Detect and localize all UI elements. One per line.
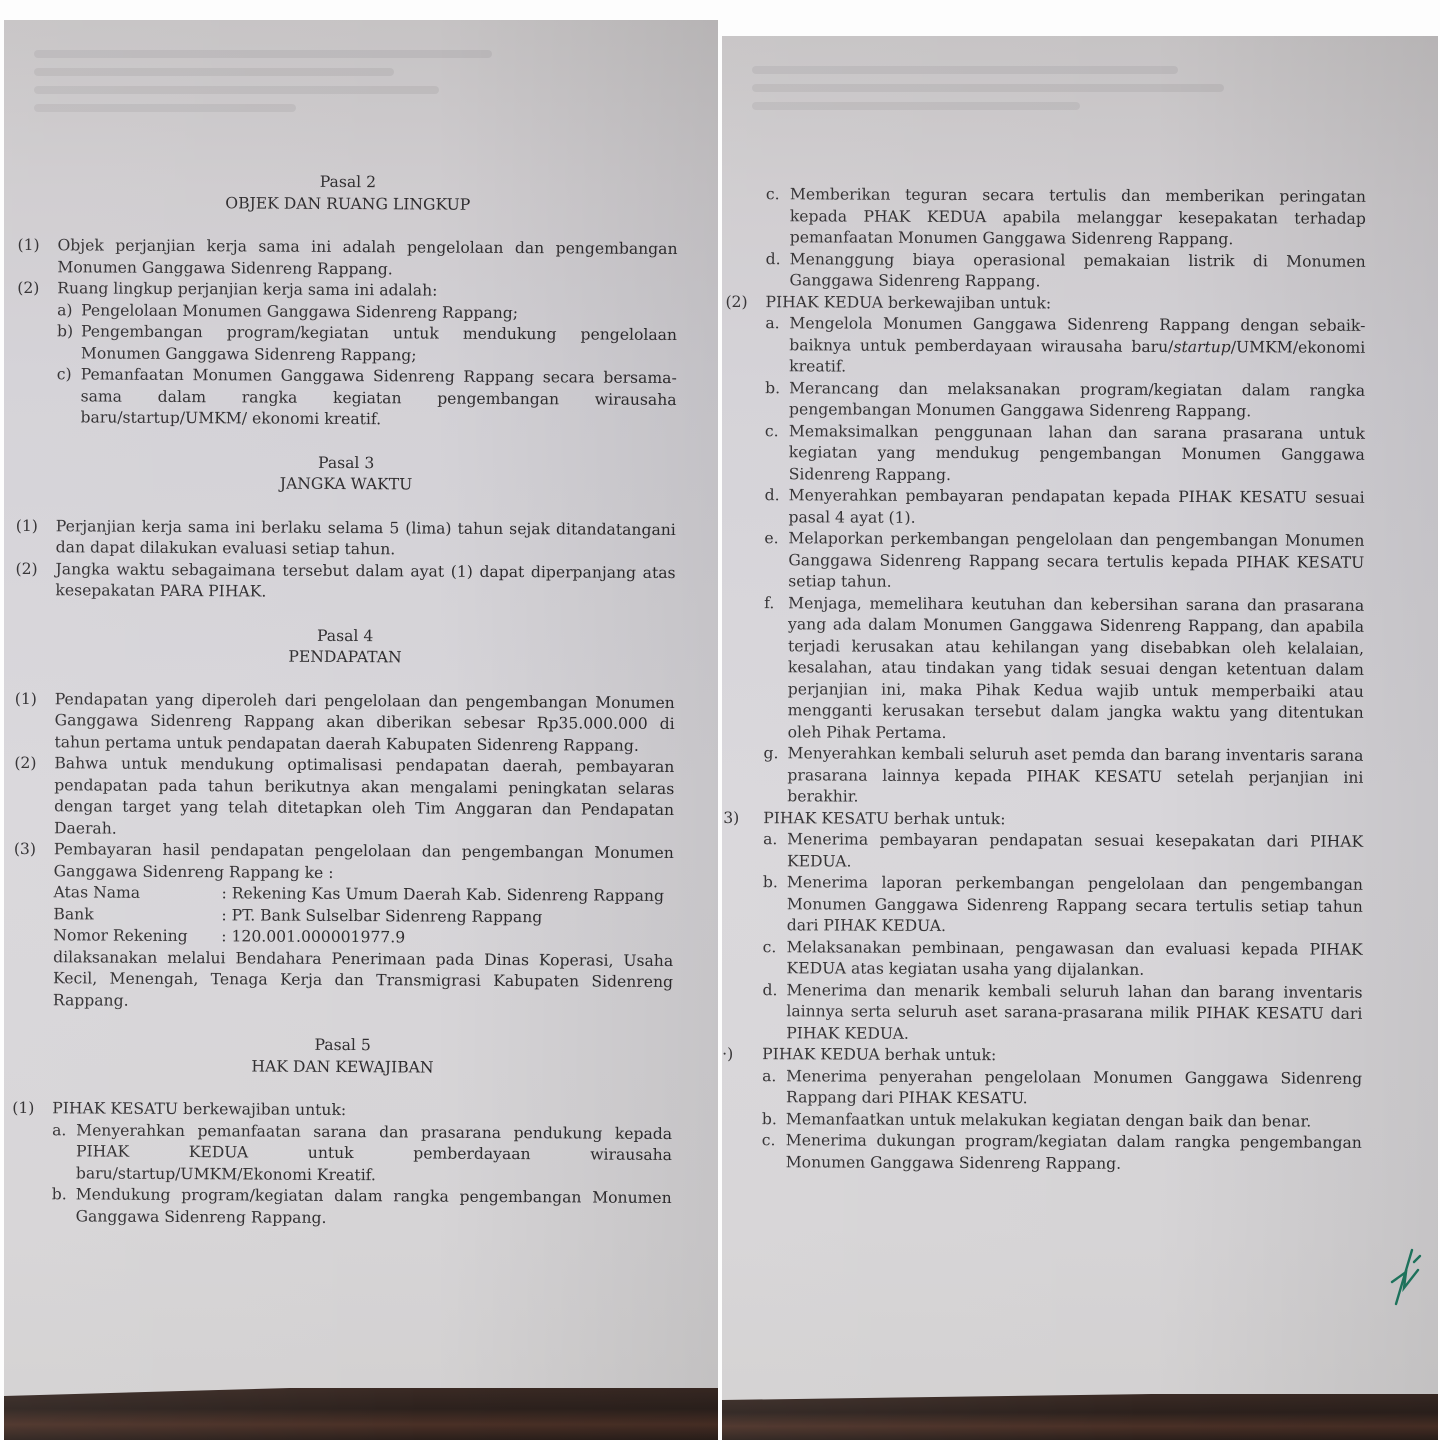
payment-closing-text: dilaksanakan melalui Bendahara Penerimaa…	[53, 947, 673, 1015]
photo-page-right: c.Memberikan teguran secara tertulis dan…	[722, 36, 1438, 1440]
pasal-2-ayat-1: (1)Objek perjanjian kerja sama ini adala…	[17, 235, 677, 282]
list-item: b.Menerima laporan perkembangan pengelol…	[763, 872, 1363, 939]
pasal-4-ayat-1: (1)Pendapatan yang diperoleh dari pengel…	[14, 688, 674, 757]
list-item: d.Menanggung biaya operasional pemakaian…	[766, 249, 1366, 295]
bleed-through-text	[34, 40, 688, 150]
pasal-5-title: HAK DAN KEWAJIBAN	[12, 1054, 672, 1080]
signature-initial-icon	[1388, 1242, 1424, 1312]
list-item: c.Melaksanakan pembinaan, pengawasan dan…	[763, 937, 1363, 983]
list-item: d.Menerima dan menarik kembali seluruh l…	[762, 980, 1362, 1047]
table-surface	[4, 1388, 718, 1440]
list-item: b)Pengembangan program/kegiatan untuk me…	[57, 321, 677, 368]
list-item: g.Menyerahkan kembali seluruh aset pemda…	[763, 743, 1363, 810]
pasal-5-ayat-3: 3)PIHAK KESATU berhak untuk:	[723, 807, 1363, 831]
pasal-3-title: JANGKA WAKTU	[16, 472, 676, 498]
list-item: c.Memaksimalkan penggunaan lahan dan sar…	[765, 421, 1365, 488]
pasal-5-ayat-2: (2)PIHAK KEDUA berkewajiban untuk:	[725, 291, 1365, 315]
list-item: a.Mengelola Monumen Ganggawa Sidenreng R…	[765, 313, 1365, 380]
list-item: a.Menyerahkan pemanfaatan sarana dan pra…	[52, 1120, 672, 1188]
list-item: c)Pemanfaatan Monumen Ganggawa Sidenreng…	[56, 364, 676, 432]
list-item: d.Menyerahkan pembayaran pendapatan kepa…	[764, 485, 1364, 531]
table-surface	[722, 1394, 1438, 1440]
page-left-content: Pasal 2 OBJEK DAN RUANG LINGKUP (1)Objek…	[12, 170, 678, 1231]
pasal-5-ayat-4: ·)PIHAK KEDUA berhak untuk:	[722, 1044, 1362, 1068]
list-item: b.Mendukung program/kegiatan dalam rangk…	[52, 1184, 672, 1231]
list-item: e.Melaporkan perkembangan pengelolaan da…	[764, 528, 1364, 595]
pasal-4-title: PENDAPATAN	[15, 645, 675, 671]
list-item: c.Memberikan teguran secara tertulis dan…	[766, 184, 1366, 251]
pasal-2-title: OBJEK DAN RUANG LINGKUP	[18, 191, 678, 217]
list-item: a.Menerima penyerahan pengelolaan Monume…	[762, 1066, 1362, 1112]
pasal-4-ayat-3: (3)Pembayaran hasil pendapatan pengelola…	[14, 839, 674, 886]
list-item: c.Menerima dukungan program/kegiatan dal…	[762, 1130, 1362, 1176]
pasal-3-ayat-1: (1)Perjanjian kerja sama ini berlaku sel…	[16, 515, 676, 562]
list-item: b.Merancang dan melaksanakan program/keg…	[765, 378, 1365, 424]
list-item: f.Menjaga, memelihara keutuhan dan keber…	[764, 593, 1365, 746]
bank-account-details: Atas Nama: Rekening Kas Umum Daerah Kab.…	[53, 882, 674, 1015]
pasal-4-ayat-2: (2)Bahwa untuk mendukung optimalisasi pe…	[14, 753, 675, 843]
bleed-through-text	[752, 56, 1408, 166]
list-item: b.Memanfaatkan untuk melakukan kegiatan …	[762, 1109, 1362, 1133]
photo-page-left: Pasal 2 OBJEK DAN RUANG LINGKUP (1)Objek…	[4, 20, 718, 1440]
pasal-3-ayat-2: (2)Jangka waktu sebagaimana tersebut dal…	[15, 558, 675, 605]
list-item: a.Menerima pembayaran pendapatan sesuai …	[763, 829, 1363, 875]
account-number-row: Nomor Rekening: 120.001.000001977.9	[53, 925, 673, 950]
page-right-content: c.Memberikan teguran secara tertulis dan…	[722, 184, 1366, 1176]
